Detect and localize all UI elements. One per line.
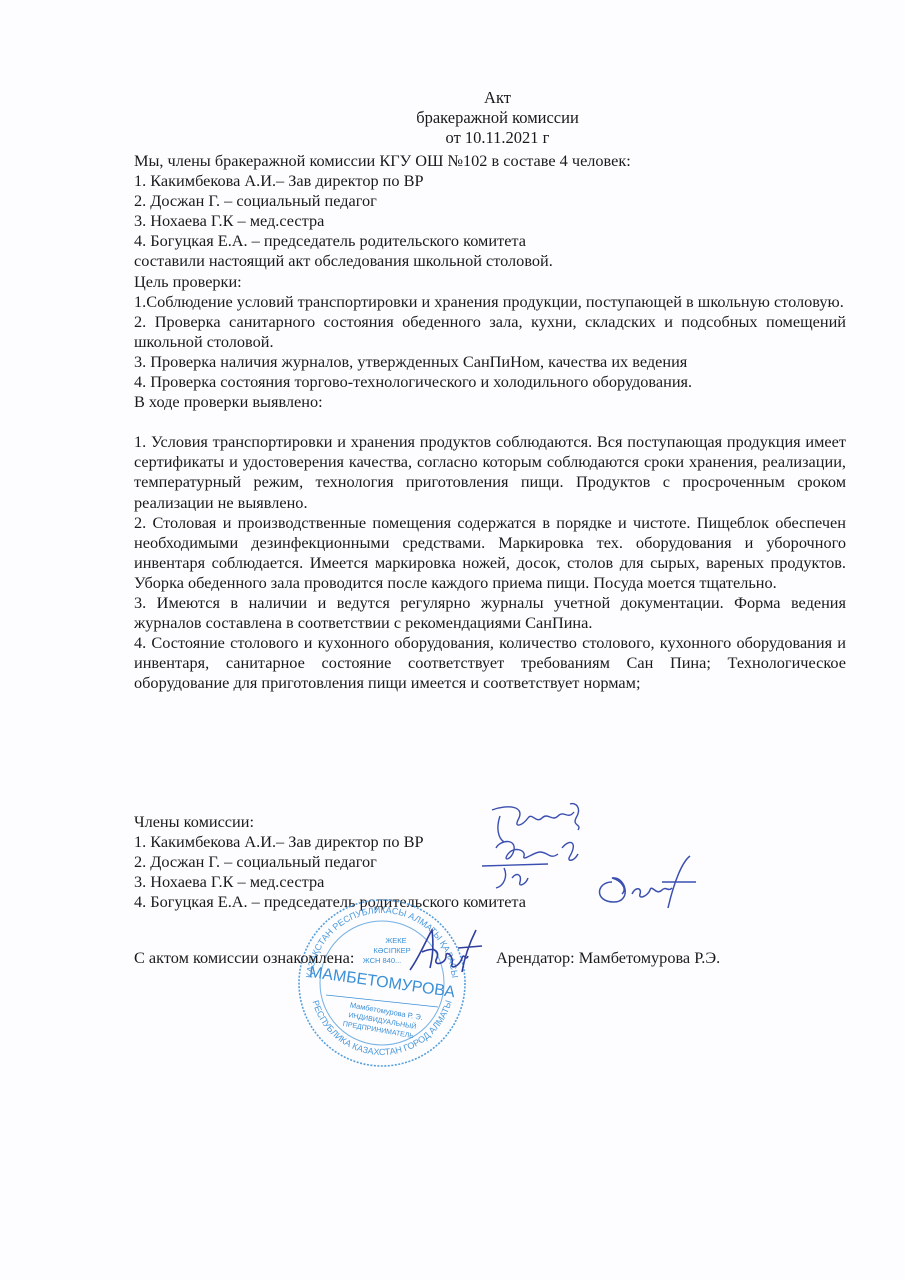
signatory-1: 1. Какимбекова А.И.– Зав директор по ВР	[134, 832, 846, 852]
member-1: 1. Какимбекова А.И.– Зав директор по ВР	[134, 171, 846, 191]
finding-2: 2. Столовая и производственные помещения…	[134, 513, 846, 593]
finding-3: 3. Имеются в наличии и ведутся регулярно…	[134, 593, 846, 633]
signatory-2: 2. Досжан Г. – социальный педагог	[134, 852, 846, 872]
members-heading: Члены комиссии:	[134, 812, 846, 832]
findings-heading: В ходе проверки выявлено:	[134, 392, 846, 412]
composed-text: составили настоящий акт обследования шко…	[134, 251, 846, 271]
member-3: 3. Нохаева Г.К – мед.сестра	[134, 211, 846, 231]
document-page: Акт бракеражной комиссии от 10.11.2021 г…	[0, 0, 905, 1280]
member-4: 4. Богуцкая Е.А. – председатель родитель…	[134, 231, 846, 251]
goal-2: 2. Проверка санитарного состояния обеден…	[134, 312, 846, 352]
stamp-center-top-1: ЖЕКЕ	[385, 936, 406, 945]
goal-heading: Цель проверки:	[134, 272, 846, 292]
stamp-icon: ҚАЗАҚСТАН РЕСПУБЛИКАСЫ АЛМАТЫ ҚАЛАСЫ РЕС…	[296, 897, 468, 1069]
title-act: Акт	[0, 88, 905, 108]
member-2: 2. Досжан Г. – социальный педагог	[134, 191, 846, 211]
document-title: Акт бракеражной комиссии от 10.11.2021 г	[0, 88, 905, 148]
finding-4: 4. Состояние столового и кухонного обору…	[134, 633, 846, 693]
goal-3: 3. Проверка наличия журналов, утвержденн…	[134, 352, 846, 372]
goal-4: 4. Проверка состояния торгово-технологич…	[134, 372, 846, 392]
signatory-4: 4. Богуцкая Е.А. – председатель родитель…	[134, 892, 846, 912]
document-body: Мы, члены бракеражной комиссии КГУ ОШ №1…	[134, 151, 846, 693]
acknowledgement-line: С актом комиссии ознакомлена: Арендатор:…	[134, 948, 846, 968]
title-commission: бракеражной комиссии	[0, 108, 905, 128]
signatory-3: 3. Нохаева Г.К – мед.сестра	[134, 872, 846, 892]
title-date: от 10.11.2021 г	[0, 128, 905, 148]
acknowledged-text: С актом комиссии ознакомлена:	[134, 948, 354, 967]
finding-1: 1. Условия транспортировки и хранения пр…	[134, 432, 846, 512]
tenant-text: Арендатор: Мамбетомурова Р.Э.	[496, 948, 720, 968]
goal-1: 1.Соблюдение условий транспортировки и х…	[134, 292, 846, 312]
signatories: Члены комиссии: 1. Какимбекова А.И.– Зав…	[134, 812, 846, 912]
intro-text: Мы, члены бракеражной комиссии КГУ ОШ №1…	[134, 151, 846, 171]
